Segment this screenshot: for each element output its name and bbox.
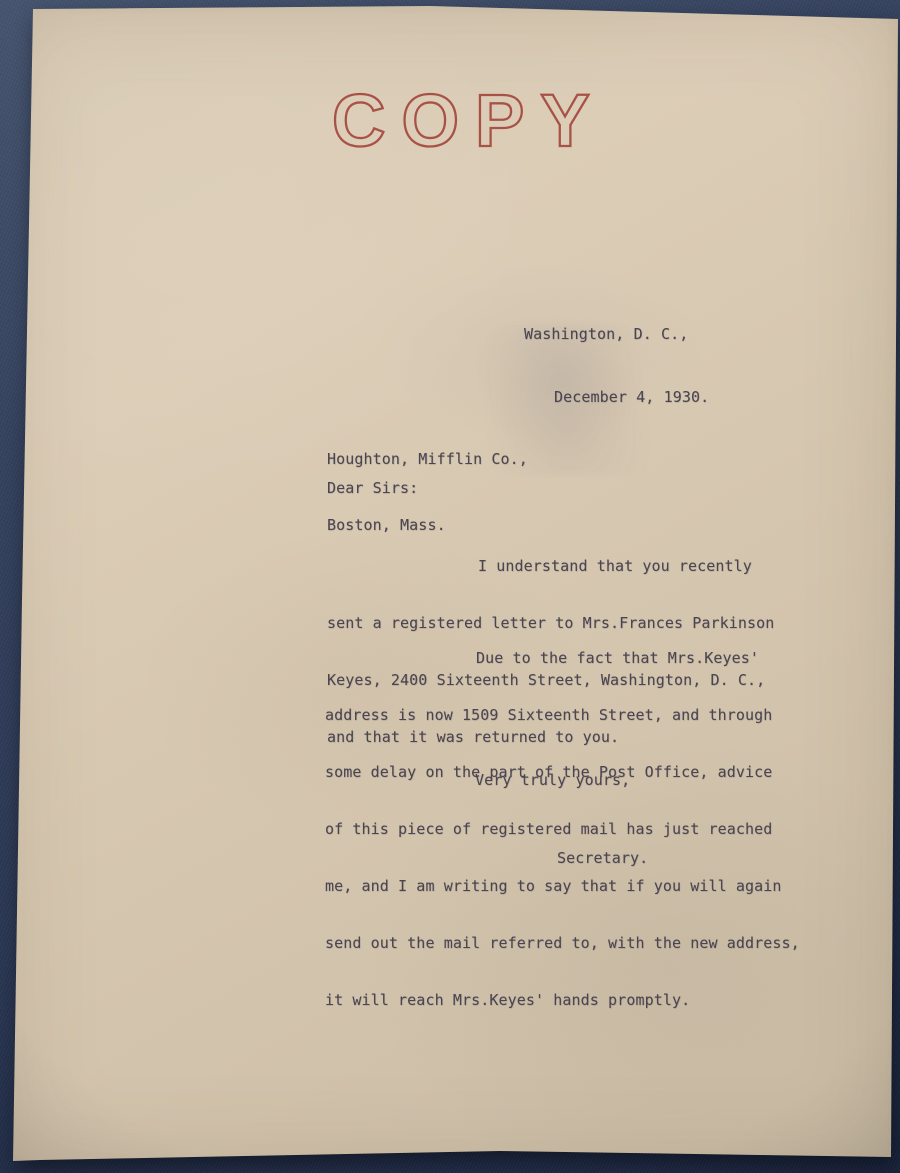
photo-vignette [0, 0, 900, 1173]
photo-scene: COPY Washington, D. C., December 4, 1930… [0, 0, 900, 1173]
